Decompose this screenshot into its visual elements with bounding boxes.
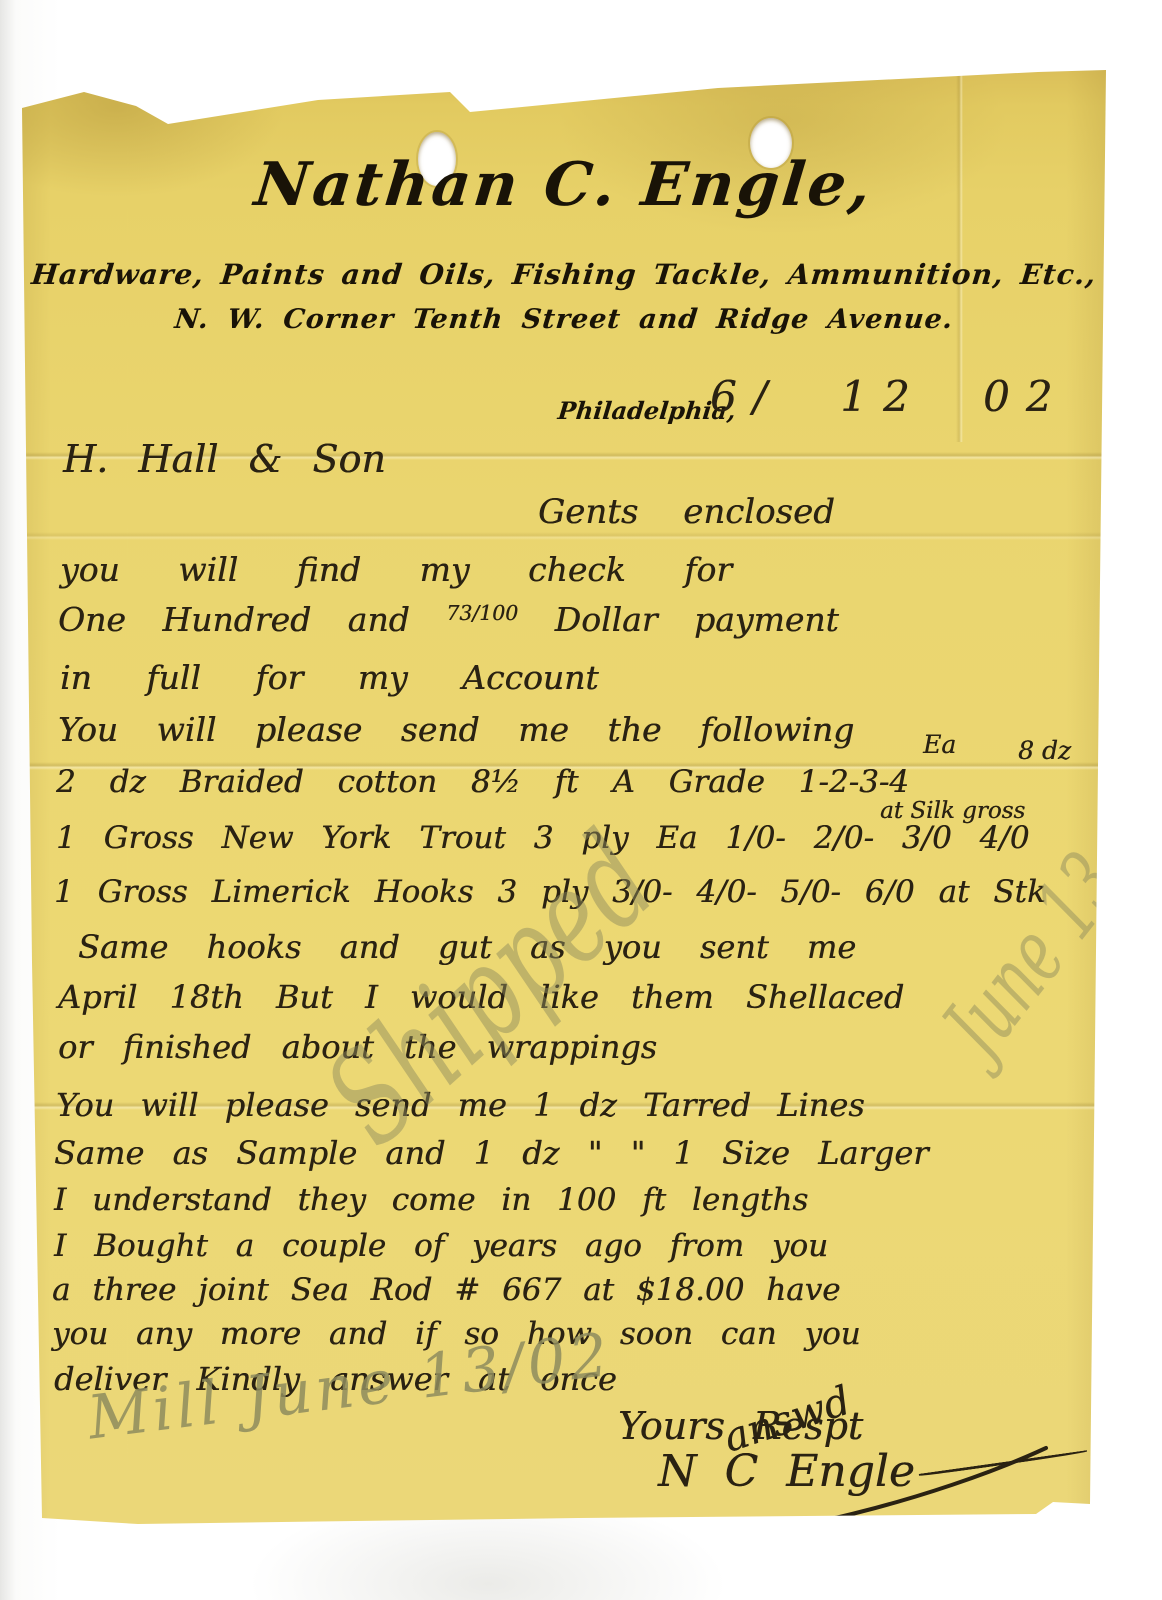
fold-crease [18, 532, 1110, 540]
letterhead-business-line: Hardware, Paints and Oils, Fishing Tackl… [16, 258, 1111, 291]
letter-line: I Bought a couple of years ago from you [54, 1228, 828, 1264]
check-amount-pre: One Hundred and [58, 600, 410, 639]
letter-line: Same as Sample and 1 dz " " 1 Size Large… [54, 1134, 928, 1172]
answered-flourish [694, 1428, 1074, 1548]
check-amount-post: Dollar payment [555, 600, 839, 639]
salutation: H. Hall & Son [63, 437, 386, 481]
letter-line: a three joint Sea Rod # 667 at $18.00 ha… [52, 1272, 841, 1308]
letter-opening: Gents enclosed [538, 492, 835, 532]
letter-line: 2 dz Braided cotton 8½ ft A Grade 1-2-3-… [56, 764, 909, 800]
check-amount-fraction: 73/100 [446, 601, 518, 625]
letter-paper: Nathan C. Engle, Hardware, Paints and Oi… [18, 62, 1110, 1530]
letter-line: you will find my check for [60, 550, 732, 589]
handwritten-date: 6/ 12 02 [710, 372, 1068, 421]
pencil-shipped-date: June 13 [923, 835, 1142, 1075]
letter-line-check-amount: One Hundred and 73/100 Dollar payment [58, 600, 839, 639]
order-annotation-ea: Ea [923, 730, 956, 759]
letterhead-name: Nathan C. Engle, [14, 150, 1113, 220]
order-annotation-8dz: 8 dz [1018, 736, 1071, 765]
letter-line: You will please send me the following [58, 710, 854, 749]
letter-line: I understand they come in 100 ft lengths [54, 1182, 808, 1218]
scan-background: Nathan C. Engle, Hardware, Paints and Oi… [0, 0, 1162, 1600]
letterhead-address-line: N. W. Corner Tenth Street and Ridge Aven… [16, 304, 1111, 335]
letter-line: in full for my Account [60, 658, 599, 697]
